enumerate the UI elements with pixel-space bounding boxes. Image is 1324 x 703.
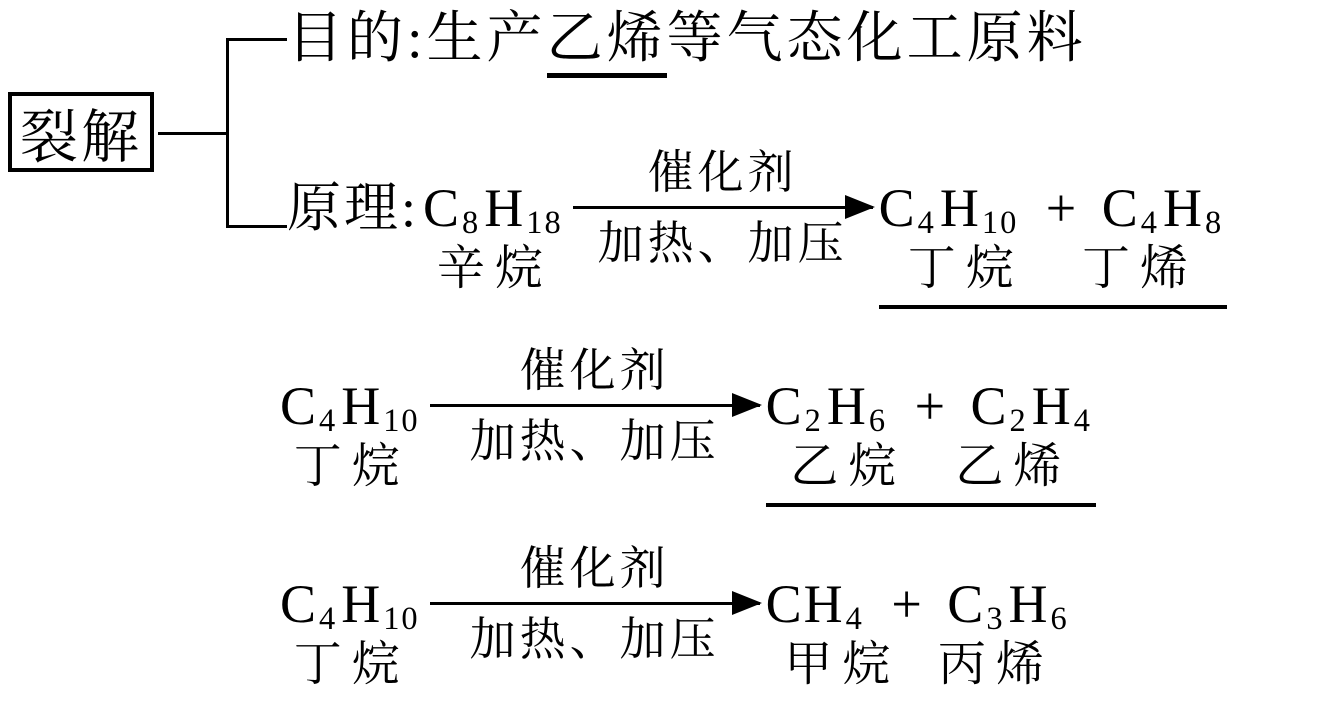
arrowhead-icon — [732, 591, 762, 615]
purpose-text: 目的:生产乙烯等气态化工原料 — [287, 4, 1087, 74]
connector-line-root — [158, 132, 226, 135]
reaction-arrow — [573, 206, 873, 209]
reactant: C8H18 辛烷 — [423, 145, 567, 297]
conditions-label: 加热、加压 — [470, 612, 720, 668]
product-names: 乙烷 乙烯 — [766, 439, 1096, 495]
reaction-arrow — [430, 602, 760, 605]
product-name: 丙烯 — [938, 637, 1054, 693]
product-name: 甲烷 — [784, 637, 900, 693]
catalyst-label: 催化剂 — [648, 145, 798, 201]
conditions-label: 加热、加压 — [598, 216, 848, 272]
reaction-row-butane-to-ethane: C4H10 丁烷 催化剂 加热、加压 C2H6 + C2H4 乙烷 乙烯 — [280, 343, 1096, 507]
purpose-suffix: 等气态化工原料 — [667, 8, 1087, 70]
conditions-label: 加热、加压 — [470, 414, 720, 470]
reaction-arrow-group: 催化剂 加热、加压 — [573, 145, 873, 272]
product-name: 丁烷 — [908, 241, 1024, 297]
product-names: 丁烷 丁烯 — [879, 241, 1228, 297]
arrowhead-icon — [732, 393, 762, 417]
product-name: 乙烷 — [790, 439, 906, 495]
cracking-diagram: 裂解 目的:生产乙烯等气态化工原料 原理: C8H18 辛烷 催化剂 加热、加压… — [0, 0, 1324, 703]
reaction-row-butane-to-methane: C4H10 丁烷 催化剂 加热、加压 CH4 + C3H6 甲烷 丙烯 — [280, 541, 1073, 701]
purpose-prefix: 目的:生产 — [287, 8, 547, 70]
connector-line-vertical — [226, 38, 229, 228]
root-term-box: 裂解 — [8, 92, 154, 172]
reactant-name: 丁烷 — [294, 637, 410, 693]
products-formula: CH4 + C3H6 — [766, 571, 1073, 637]
reactant-name: 辛烷 — [437, 241, 553, 297]
products-formula: C2H6 + C2H4 — [766, 373, 1096, 439]
products-group: CH4 + C3H6 甲烷 丙烯 — [766, 541, 1073, 701]
product-names: 甲烷 丙烯 — [766, 637, 1073, 693]
reactant-formula: C4H10 — [280, 373, 424, 439]
products-group: C4H10 + C4H8 丁烷 丁烯 — [879, 145, 1228, 309]
connector-line-purpose-branch — [229, 38, 287, 41]
catalyst-label: 催化剂 — [520, 343, 670, 399]
reactant: C4H10 丁烷 — [280, 541, 424, 693]
product-name: 丁烯 — [1082, 241, 1198, 297]
reactant-formula: C8H18 — [423, 175, 567, 241]
root-term-label: 裂解 — [20, 90, 142, 174]
reaction-arrow-group: 催化剂 加热、加压 — [430, 343, 760, 470]
products-formula: C4H10 + C4H8 — [879, 175, 1228, 241]
connector-line-principle-branch — [229, 225, 287, 228]
arrowhead-icon — [845, 195, 875, 219]
purpose-underlined-term: 乙烯 — [547, 8, 667, 78]
catalyst-label: 催化剂 — [520, 541, 670, 597]
products-group: C2H6 + C2H4 乙烷 乙烯 — [766, 343, 1096, 507]
reactant-name: 丁烷 — [294, 439, 410, 495]
reaction-arrow-group: 催化剂 加热、加压 — [430, 541, 760, 668]
product-name: 乙烯 — [955, 439, 1071, 495]
reactant-formula: C4H10 — [280, 571, 424, 637]
reactant: C4H10 丁烷 — [280, 343, 424, 495]
principle-label: 原理: — [287, 175, 419, 241]
reaction-arrow — [430, 404, 760, 407]
reaction-row-principle: 原理: C8H18 辛烷 催化剂 加热、加压 C4H10 + C4H8 丁烷 丁… — [287, 145, 1227, 309]
